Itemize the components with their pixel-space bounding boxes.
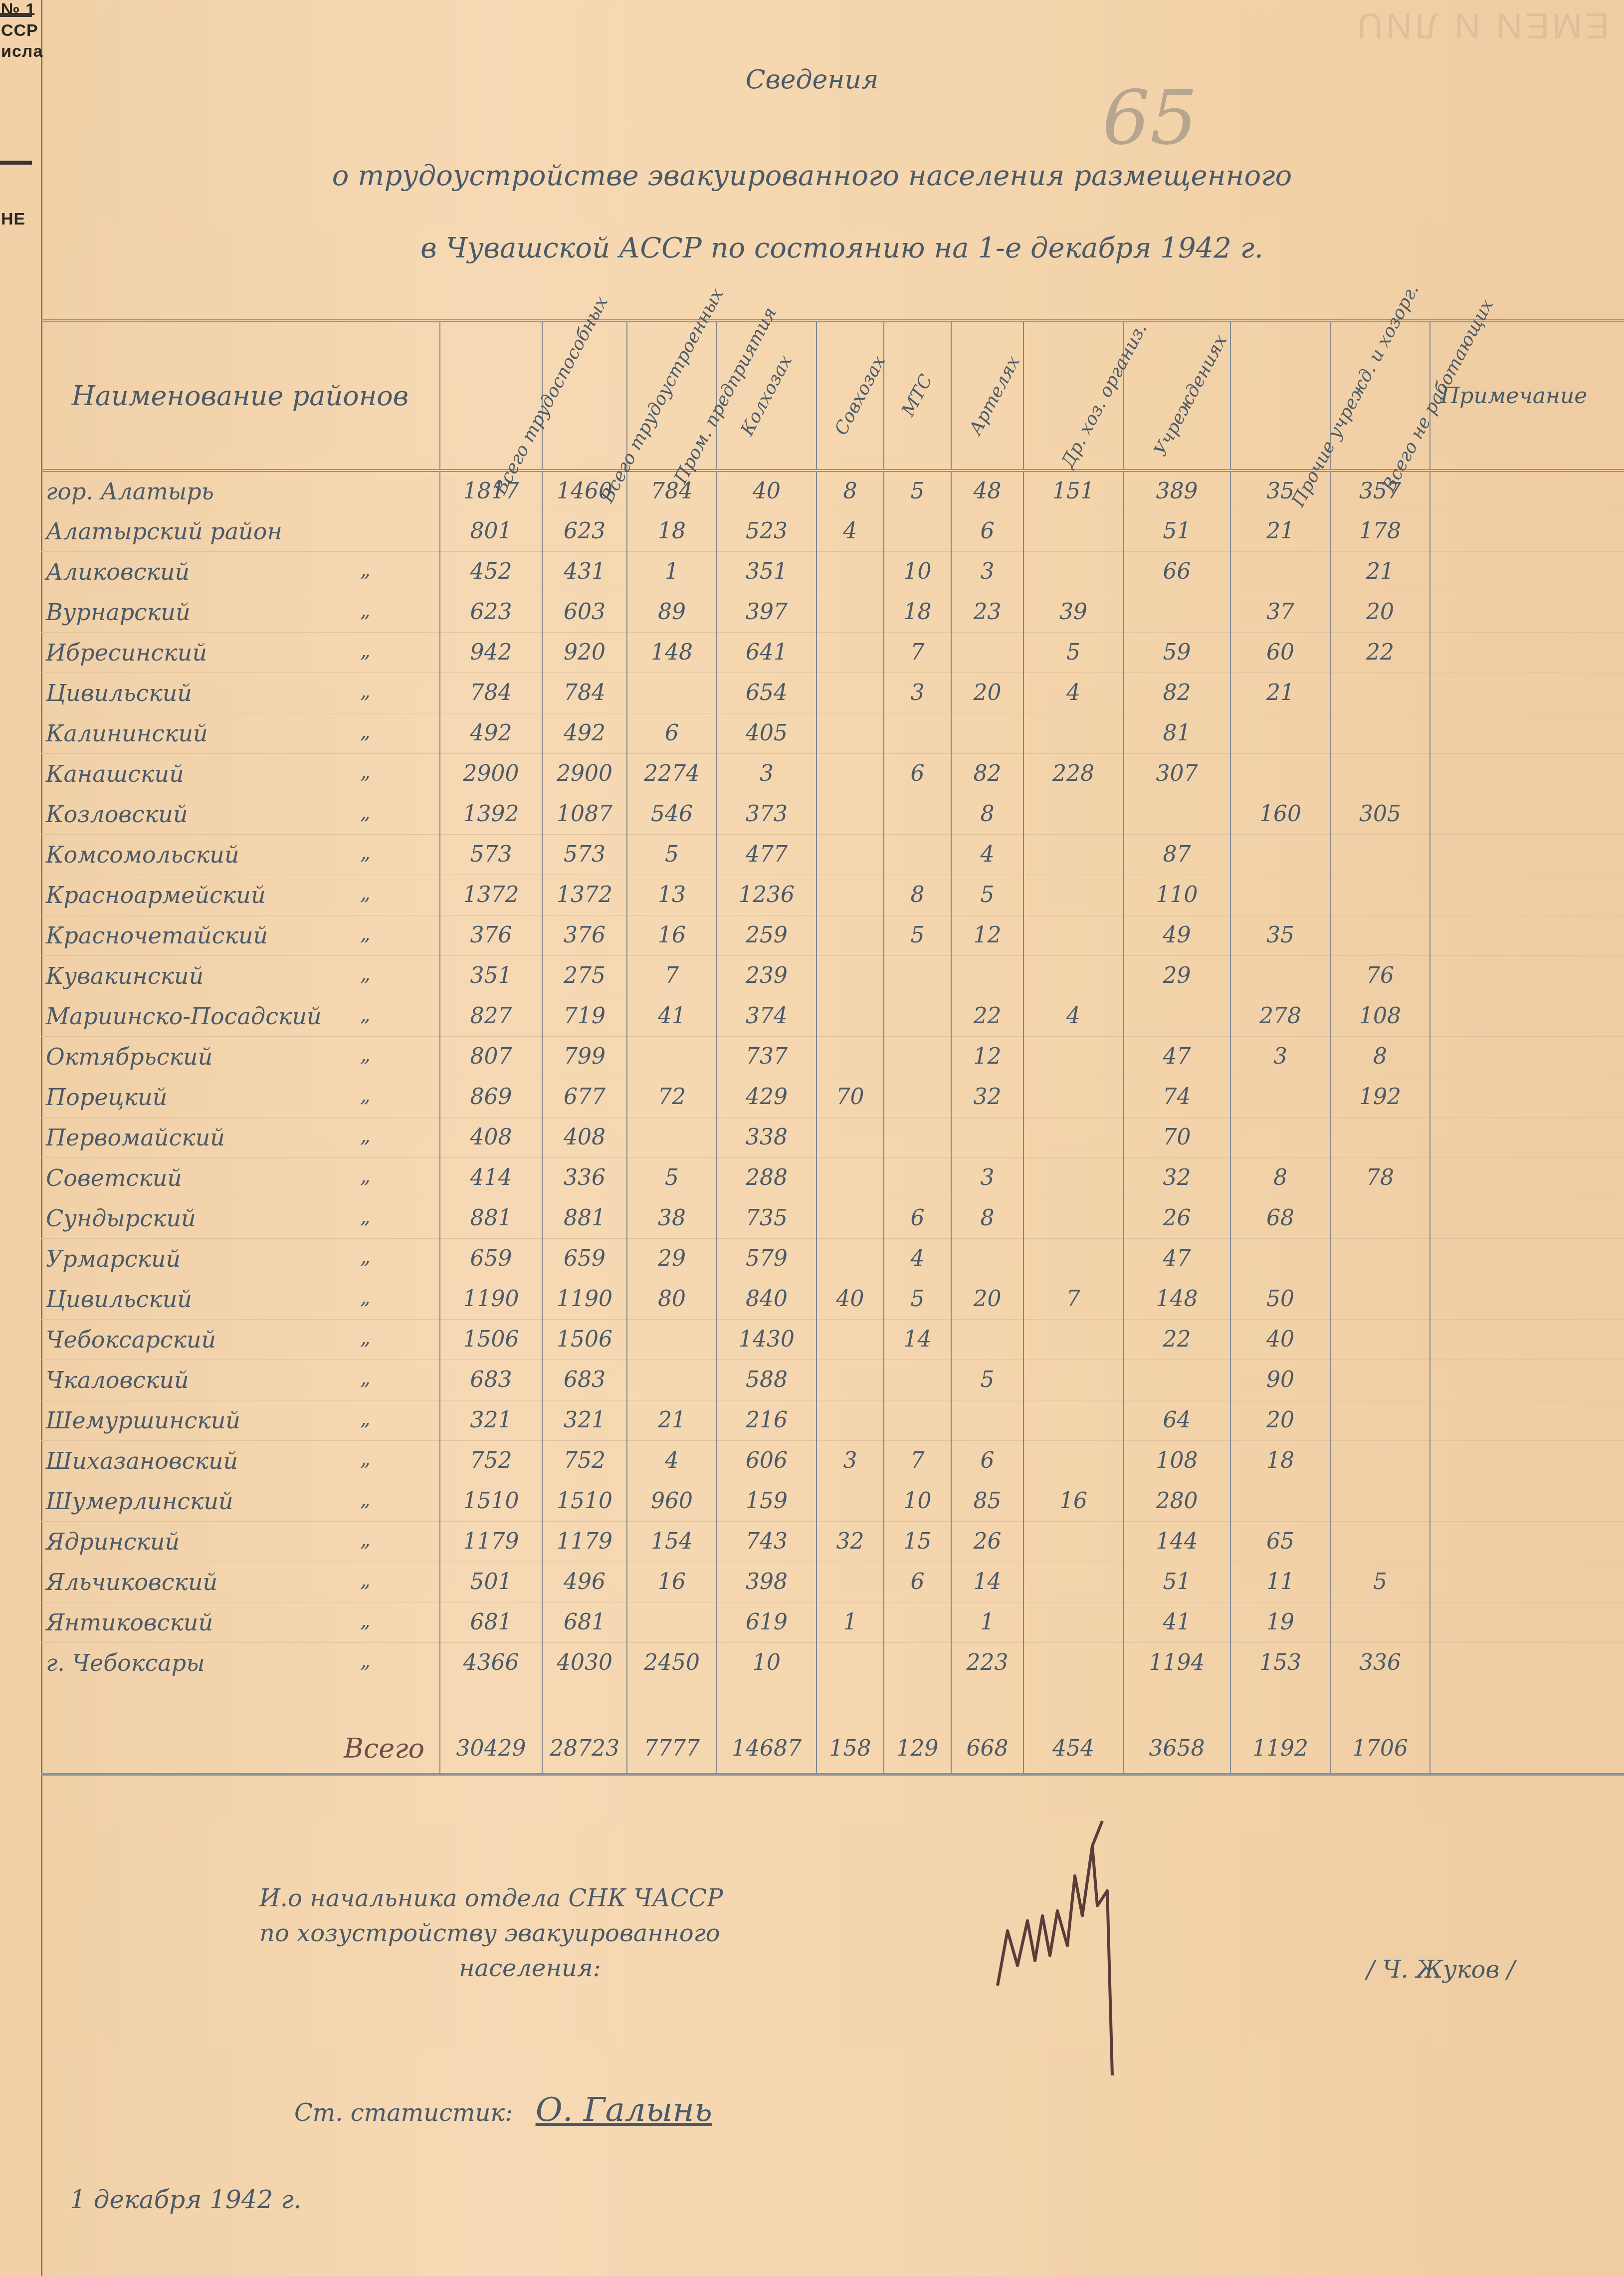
table-cell: 336 — [542, 1157, 627, 1198]
table-row: Цивильский„78478465432048221 — [41, 673, 1624, 713]
table-cell — [1330, 1238, 1430, 1279]
table-cell: 1192 — [1230, 1723, 1330, 1775]
table-cell: 1510 — [440, 1481, 542, 1521]
table-cell: 38 — [627, 1198, 717, 1238]
table-cell: 29 — [1123, 955, 1230, 996]
table-cell — [1330, 834, 1430, 875]
table-cell: 1 — [627, 551, 717, 592]
table-cell: 357 — [1330, 470, 1430, 511]
table-cell — [1023, 1077, 1123, 1117]
table-cell: 5 — [884, 470, 951, 511]
table-cell: 1706 — [1330, 1723, 1430, 1775]
table-cell: 4030 — [542, 1642, 627, 1683]
district-name-cell: Ибресинский„ — [41, 632, 440, 673]
table-cell — [884, 1077, 951, 1117]
table-cell: 275 — [542, 955, 627, 996]
table-cell: 148 — [627, 632, 717, 673]
ditto-mark: „ — [360, 1407, 371, 1430]
district-name: Яльчиковский — [46, 1569, 217, 1595]
table-cell — [884, 996, 951, 1036]
district-name-cell: Цивильский„ — [41, 1279, 440, 1319]
district-name-cell: Алатырский район — [41, 511, 440, 551]
table-cell — [1430, 592, 1624, 632]
table-cell — [1023, 1602, 1123, 1642]
table-row: Урмарский„65965929579447 — [41, 1238, 1624, 1279]
archive-margin-strip: № 1 ССР исла НЕ — [0, 0, 42, 2276]
table-cell — [951, 1319, 1023, 1360]
district-name: Ибресинский — [46, 639, 207, 666]
table-cell: 623 — [542, 511, 627, 551]
table-cell — [1023, 875, 1123, 915]
table-cell: 827 — [440, 996, 542, 1036]
table-cell — [1023, 1360, 1123, 1400]
table-cell — [884, 1400, 951, 1440]
table-cell: 1372 — [440, 875, 542, 915]
table-cell: 14 — [884, 1319, 951, 1360]
table-cell — [1023, 955, 1123, 996]
table-cell: 20 — [1230, 1400, 1330, 1440]
table-cell: 351 — [440, 955, 542, 996]
table-cell: 160 — [1230, 794, 1330, 834]
table-cell: 18 — [627, 511, 717, 551]
district-name-cell: Чебоксарский„ — [41, 1319, 440, 1360]
table-cell: 41 — [627, 996, 717, 1036]
table-cell — [816, 834, 884, 875]
table-cell: 681 — [542, 1602, 627, 1642]
table-cell: 3 — [1230, 1036, 1330, 1077]
table-cell: 7 — [884, 1440, 951, 1481]
table-cell — [1430, 713, 1624, 753]
table-cell: 68 — [1230, 1198, 1330, 1238]
ditto-mark: „ — [360, 1043, 371, 1066]
table-cell: 108 — [1123, 1440, 1230, 1481]
column-header: Наименование районов — [41, 321, 440, 470]
district-name: Шемуршинский — [46, 1407, 240, 1434]
district-name-cell: Яльчиковский„ — [41, 1562, 440, 1602]
table-cell — [1023, 915, 1123, 955]
district-name: Октябрьский — [46, 1043, 212, 1070]
table-row: Аликовский„45243113511036621 — [41, 551, 1624, 592]
table-cell: 373 — [717, 794, 816, 834]
table-cell: 305 — [1330, 794, 1430, 834]
table-cell: 10 — [884, 551, 951, 592]
ditto-mark: „ — [360, 1326, 371, 1349]
table-cell: 26 — [951, 1521, 1023, 1562]
table-cell — [816, 1319, 884, 1360]
table-cell — [1430, 1642, 1624, 1683]
ditto-mark: „ — [360, 1488, 371, 1511]
table-cell: 3 — [951, 551, 1023, 592]
table-cell — [884, 1602, 951, 1642]
table-cell — [1023, 1400, 1123, 1440]
table-cell: 719 — [542, 996, 627, 1036]
table-cell: 288 — [717, 1157, 816, 1198]
table-cell — [816, 1036, 884, 1077]
table-cell: 12 — [951, 915, 1023, 955]
table-cell — [816, 1117, 884, 1157]
table-cell: 6 — [951, 511, 1023, 551]
table-cell: 619 — [717, 1602, 816, 1642]
table-cell: 4 — [627, 1440, 717, 1481]
table-cell — [816, 1157, 884, 1198]
table-cell: 6 — [884, 1198, 951, 1238]
district-name: Порецкий — [46, 1084, 167, 1111]
table-cell: 784 — [440, 673, 542, 713]
table-cell: 20 — [951, 1279, 1023, 1319]
table-cell — [1230, 1481, 1330, 1521]
table-row: Красночетайский„376376162595124935 — [41, 915, 1624, 955]
table-cell — [951, 955, 1023, 996]
table-cell: 21 — [1330, 551, 1430, 592]
table-cell: 89 — [627, 592, 717, 632]
table-cell — [1330, 1481, 1430, 1521]
table-cell: 8 — [951, 1198, 1023, 1238]
table-cell — [1430, 1238, 1624, 1279]
district-name-cell: Козловский„ — [41, 794, 440, 834]
table-cell: 148 — [1123, 1279, 1230, 1319]
table-cell — [884, 713, 951, 753]
district-name-cell: Калининский„ — [41, 713, 440, 753]
table-cell: 280 — [1123, 1481, 1230, 1521]
table-cell — [1430, 1723, 1624, 1775]
table-cell: 668 — [951, 1723, 1023, 1775]
table-cell: 20 — [951, 673, 1023, 713]
table-cell — [1230, 1117, 1330, 1157]
table-cell — [816, 551, 884, 592]
district-name-cell: Урмарский„ — [41, 1238, 440, 1279]
ditto-mark: „ — [360, 922, 371, 945]
district-name-cell: гор. Алатырь — [41, 470, 440, 511]
district-name: Цивильский — [46, 1286, 192, 1313]
table-cell: 477 — [717, 834, 816, 875]
district-name: Чебоксарский — [46, 1326, 216, 1353]
table-cell — [884, 1642, 951, 1683]
table-cell: 47 — [1123, 1238, 1230, 1279]
district-name-cell: Первомайский„ — [41, 1117, 440, 1157]
table-cell — [1023, 713, 1123, 753]
table-cell: 216 — [717, 1400, 816, 1440]
district-name: Чкаловский — [46, 1366, 189, 1393]
table-cell: 5 — [951, 1360, 1023, 1400]
table-cell: 3 — [816, 1440, 884, 1481]
table-cell: 16 — [627, 915, 717, 955]
table-row: Шумерлинский„15101510960159108516280 — [41, 1481, 1624, 1521]
table-cell: 7777 — [627, 1723, 717, 1775]
table-cell: 1510 — [542, 1481, 627, 1521]
district-name: Алатырский район — [46, 518, 282, 545]
table-cell: 40 — [816, 1279, 884, 1319]
table-cell: 408 — [440, 1117, 542, 1157]
table-cell — [1230, 875, 1330, 915]
table-cell: 408 — [542, 1117, 627, 1157]
table-cell: 85 — [951, 1481, 1023, 1521]
table-cell: 6 — [951, 1440, 1023, 1481]
table-cell — [1430, 834, 1624, 875]
table-row: г. Чебоксары„436640302450102231194153336 — [41, 1642, 1624, 1683]
table-row: Алатырский район80162318523465121178 — [41, 511, 1624, 551]
table-cell: 641 — [717, 632, 816, 673]
table-cell: 431 — [542, 551, 627, 592]
district-name-cell: Ядринский„ — [41, 1521, 440, 1562]
table-cell: 47 — [1123, 1036, 1230, 1077]
table-row: Канашский„2900290022743682228307 — [41, 753, 1624, 794]
table-cell: 8 — [1230, 1157, 1330, 1198]
table-cell — [1230, 1077, 1330, 1117]
table-cell — [1023, 1319, 1123, 1360]
table-cell — [1430, 673, 1624, 713]
table-cell: 14687 — [717, 1723, 816, 1775]
district-name-cell: Порецкий„ — [41, 1077, 440, 1117]
table-cell: 3 — [951, 1157, 1023, 1198]
column-header: Др. хоз. организ. — [1023, 321, 1123, 470]
table-cell: 70 — [1123, 1117, 1230, 1157]
signature-title-line: И.о начальника отдела СНК ЧАССР — [259, 1881, 723, 1916]
table-cell — [1430, 1198, 1624, 1238]
table-cell: 35 — [1230, 915, 1330, 955]
table-row: Янтиковский„681681619114119 — [41, 1602, 1624, 1642]
table-cell: 807 — [440, 1036, 542, 1077]
table-cell — [816, 673, 884, 713]
table-cell — [1023, 1198, 1123, 1238]
table-cell: 1 — [816, 1602, 884, 1642]
table-cell — [627, 1360, 717, 1400]
column-header: Пром. предприятия — [627, 321, 717, 470]
signature-title-line: населения: — [259, 1951, 723, 1986]
district-name-cell: Сундырский„ — [41, 1198, 440, 1238]
column-header: Колхозах — [717, 321, 816, 470]
district-name: Красноармейский — [46, 882, 266, 909]
document-subtitle-line1: о трудоустройстве эвакуированного населе… — [0, 160, 1624, 192]
table-cell: 228 — [1023, 753, 1123, 794]
table-cell: 16 — [627, 1562, 717, 1602]
table-cell: 13 — [627, 875, 717, 915]
table-cell: 1194 — [1123, 1642, 1230, 1683]
table-cell — [816, 1481, 884, 1521]
table-cell: 23 — [951, 592, 1023, 632]
table-cell — [1430, 470, 1624, 511]
table-cell — [816, 915, 884, 955]
table-cell — [1023, 1562, 1123, 1602]
table-cell: 21 — [1230, 511, 1330, 551]
table-cell — [1330, 1279, 1430, 1319]
table-cell: 7 — [1023, 1279, 1123, 1319]
table-cell — [816, 753, 884, 794]
table-cell — [816, 996, 884, 1036]
table-cell: 4 — [1023, 996, 1123, 1036]
table-cell: 178 — [1330, 511, 1430, 551]
table-cell — [1023, 1642, 1123, 1683]
table-cell: 881 — [440, 1198, 542, 1238]
table-cell: 496 — [542, 1562, 627, 1602]
column-header: Всего не работающих — [1330, 321, 1430, 470]
table-cell: 405 — [717, 713, 816, 753]
table-cell — [884, 834, 951, 875]
table-cell — [1330, 1360, 1430, 1400]
ditto-mark: „ — [360, 1447, 371, 1470]
table-cell — [1330, 875, 1430, 915]
table-cell: 4 — [816, 511, 884, 551]
ditto-mark: „ — [360, 1245, 371, 1268]
ditto-mark: „ — [360, 599, 371, 622]
table-cell: 881 — [542, 1198, 627, 1238]
district-name: Шихазановский — [46, 1447, 238, 1474]
table-cell — [1123, 592, 1230, 632]
table-cell — [1230, 955, 1330, 996]
table-cell: 80 — [627, 1279, 717, 1319]
table-cell: 81 — [1123, 713, 1230, 753]
table-cell: 338 — [717, 1117, 816, 1157]
document-heading: Сведения — [0, 65, 1624, 95]
table-cell: 942 — [440, 632, 542, 673]
district-name-cell: Мариинско-Посадский„ — [41, 996, 440, 1036]
ditto-mark: „ — [360, 1528, 371, 1551]
table-cell — [627, 673, 717, 713]
table-cell: 573 — [440, 834, 542, 875]
table-cell: 429 — [717, 1077, 816, 1117]
table-cell: 108 — [1330, 996, 1430, 1036]
margin-rule — [0, 13, 32, 17]
table-cell: 82 — [1123, 673, 1230, 713]
table-cell — [1123, 794, 1230, 834]
table-cell: 4 — [1023, 673, 1123, 713]
table-cell — [816, 875, 884, 915]
table-cell — [627, 1319, 717, 1360]
table-cell: 1179 — [440, 1521, 542, 1562]
table-cell: 144 — [1123, 1521, 1230, 1562]
ditto-mark: „ — [360, 882, 371, 905]
spacer-row — [41, 1683, 1624, 1723]
district-name-cell: Красноармейский„ — [41, 875, 440, 915]
district-name-cell: г. Чебоксары„ — [41, 1642, 440, 1683]
table-cell: 110 — [1123, 875, 1230, 915]
ditto-mark: „ — [360, 841, 371, 864]
ditto-mark: „ — [360, 1569, 371, 1592]
table-cell — [884, 1117, 951, 1157]
district-name: Ядринский — [46, 1528, 180, 1555]
table-cell: 2900 — [440, 753, 542, 794]
table-cell: 37 — [1230, 592, 1330, 632]
district-name: Красночетайский — [46, 922, 268, 949]
table-cell — [1430, 1521, 1624, 1562]
table-cell — [1430, 632, 1624, 673]
table-cell: 659 — [440, 1238, 542, 1279]
table-cell — [1330, 1602, 1430, 1642]
table-cell: 8 — [951, 794, 1023, 834]
document-subtitle-line2: в Чувашской АССР по состоянию на 1-е дек… — [0, 232, 1624, 264]
table-cell: 29 — [627, 1238, 717, 1279]
table-cell — [1023, 1157, 1123, 1198]
table-cell: 21 — [1230, 673, 1330, 713]
table-cell: 5 — [1023, 632, 1123, 673]
table-cell — [816, 1642, 884, 1683]
table-cell: 151 — [1023, 470, 1123, 511]
table-cell: 4 — [884, 1238, 951, 1279]
table-cell: 681 — [440, 1602, 542, 1642]
table-row: Чебоксарский„150615061430142240 — [41, 1319, 1624, 1360]
table-cell: 20 — [1330, 592, 1430, 632]
ditto-mark: „ — [360, 1124, 371, 1147]
table-cell: 5 — [951, 875, 1023, 915]
total-label: Всего — [41, 1723, 440, 1775]
table-cell — [1230, 753, 1330, 794]
district-name-cell: Аликовский„ — [41, 551, 440, 592]
district-name: Калининский — [46, 720, 208, 747]
ditto-mark: „ — [360, 680, 371, 702]
table-cell: 22 — [1123, 1319, 1230, 1360]
signature-title-line: по хозустройству эвакуированного — [259, 1916, 723, 1951]
table-cell: 51 — [1123, 511, 1230, 551]
district-name: Цивильский — [46, 680, 192, 706]
table-cell: 801 — [440, 511, 542, 551]
table-row: Сундырский„88188138735682668 — [41, 1198, 1624, 1238]
table-row: Порецкий„86967772429703274192 — [41, 1077, 1624, 1117]
table-cell: 8 — [1330, 1036, 1430, 1077]
table-cell — [1330, 1400, 1430, 1440]
column-header: Артелях — [951, 321, 1023, 470]
table-cell — [816, 713, 884, 753]
table-cell — [884, 1360, 951, 1400]
district-name: Козловский — [46, 801, 188, 828]
signatory-name: / Ч. Жуков / — [1367, 1956, 1515, 1984]
district-name-cell: Цивильский„ — [41, 673, 440, 713]
table-cell: 2900 — [542, 753, 627, 794]
district-name-cell: Янтиковский„ — [41, 1602, 440, 1642]
table-cell — [1430, 1440, 1624, 1481]
table-cell: 6 — [627, 713, 717, 753]
ditto-mark: „ — [360, 1084, 371, 1107]
column-header: Примечание — [1430, 321, 1624, 470]
table-cell: 72 — [627, 1077, 717, 1117]
table-cell: 1372 — [542, 875, 627, 915]
table-cell: 26 — [1123, 1198, 1230, 1238]
table-cell: 1 — [951, 1602, 1023, 1642]
table-cell: 351 — [717, 551, 816, 592]
table-cell — [884, 1036, 951, 1077]
table-cell — [1330, 1440, 1430, 1481]
district-name-cell: Шумерлинский„ — [41, 1481, 440, 1521]
table-cell: 414 — [440, 1157, 542, 1198]
table-row: Вурнарский„623603893971823393720 — [41, 592, 1624, 632]
table-cell — [1330, 915, 1430, 955]
ditto-mark: „ — [360, 639, 371, 662]
table-cell: 21 — [627, 1400, 717, 1440]
table-cell: 82 — [951, 753, 1023, 794]
table-cell — [1230, 551, 1330, 592]
table-cell — [1430, 1360, 1624, 1400]
table-cell — [627, 1117, 717, 1157]
table-cell — [1430, 753, 1624, 794]
table-cell: 546 — [627, 794, 717, 834]
ditto-mark: „ — [360, 1609, 371, 1632]
table-cell: 48 — [951, 470, 1023, 511]
table-cell: 321 — [542, 1400, 627, 1440]
table-header-row: Наименование районов Всего трудоспособны… — [41, 321, 1624, 470]
district-name-cell: Кувакинский„ — [41, 955, 440, 996]
district-name: Комсомольский — [46, 841, 239, 868]
table-cell — [1430, 1400, 1624, 1440]
column-header: Совхозах — [816, 321, 884, 470]
table-row: Кувакинский„35127572392976 — [41, 955, 1624, 996]
table-cell — [1430, 1279, 1624, 1319]
table-cell: 66 — [1123, 551, 1230, 592]
table-row: Яльчиковский„5014961639861451115 — [41, 1562, 1624, 1602]
district-name-cell: Октябрьский„ — [41, 1036, 440, 1077]
table-cell: 920 — [542, 632, 627, 673]
table-cell — [816, 794, 884, 834]
district-name-cell: Шихазановский„ — [41, 1440, 440, 1481]
table-cell: 159 — [717, 1481, 816, 1521]
table-cell: 683 — [542, 1360, 627, 1400]
